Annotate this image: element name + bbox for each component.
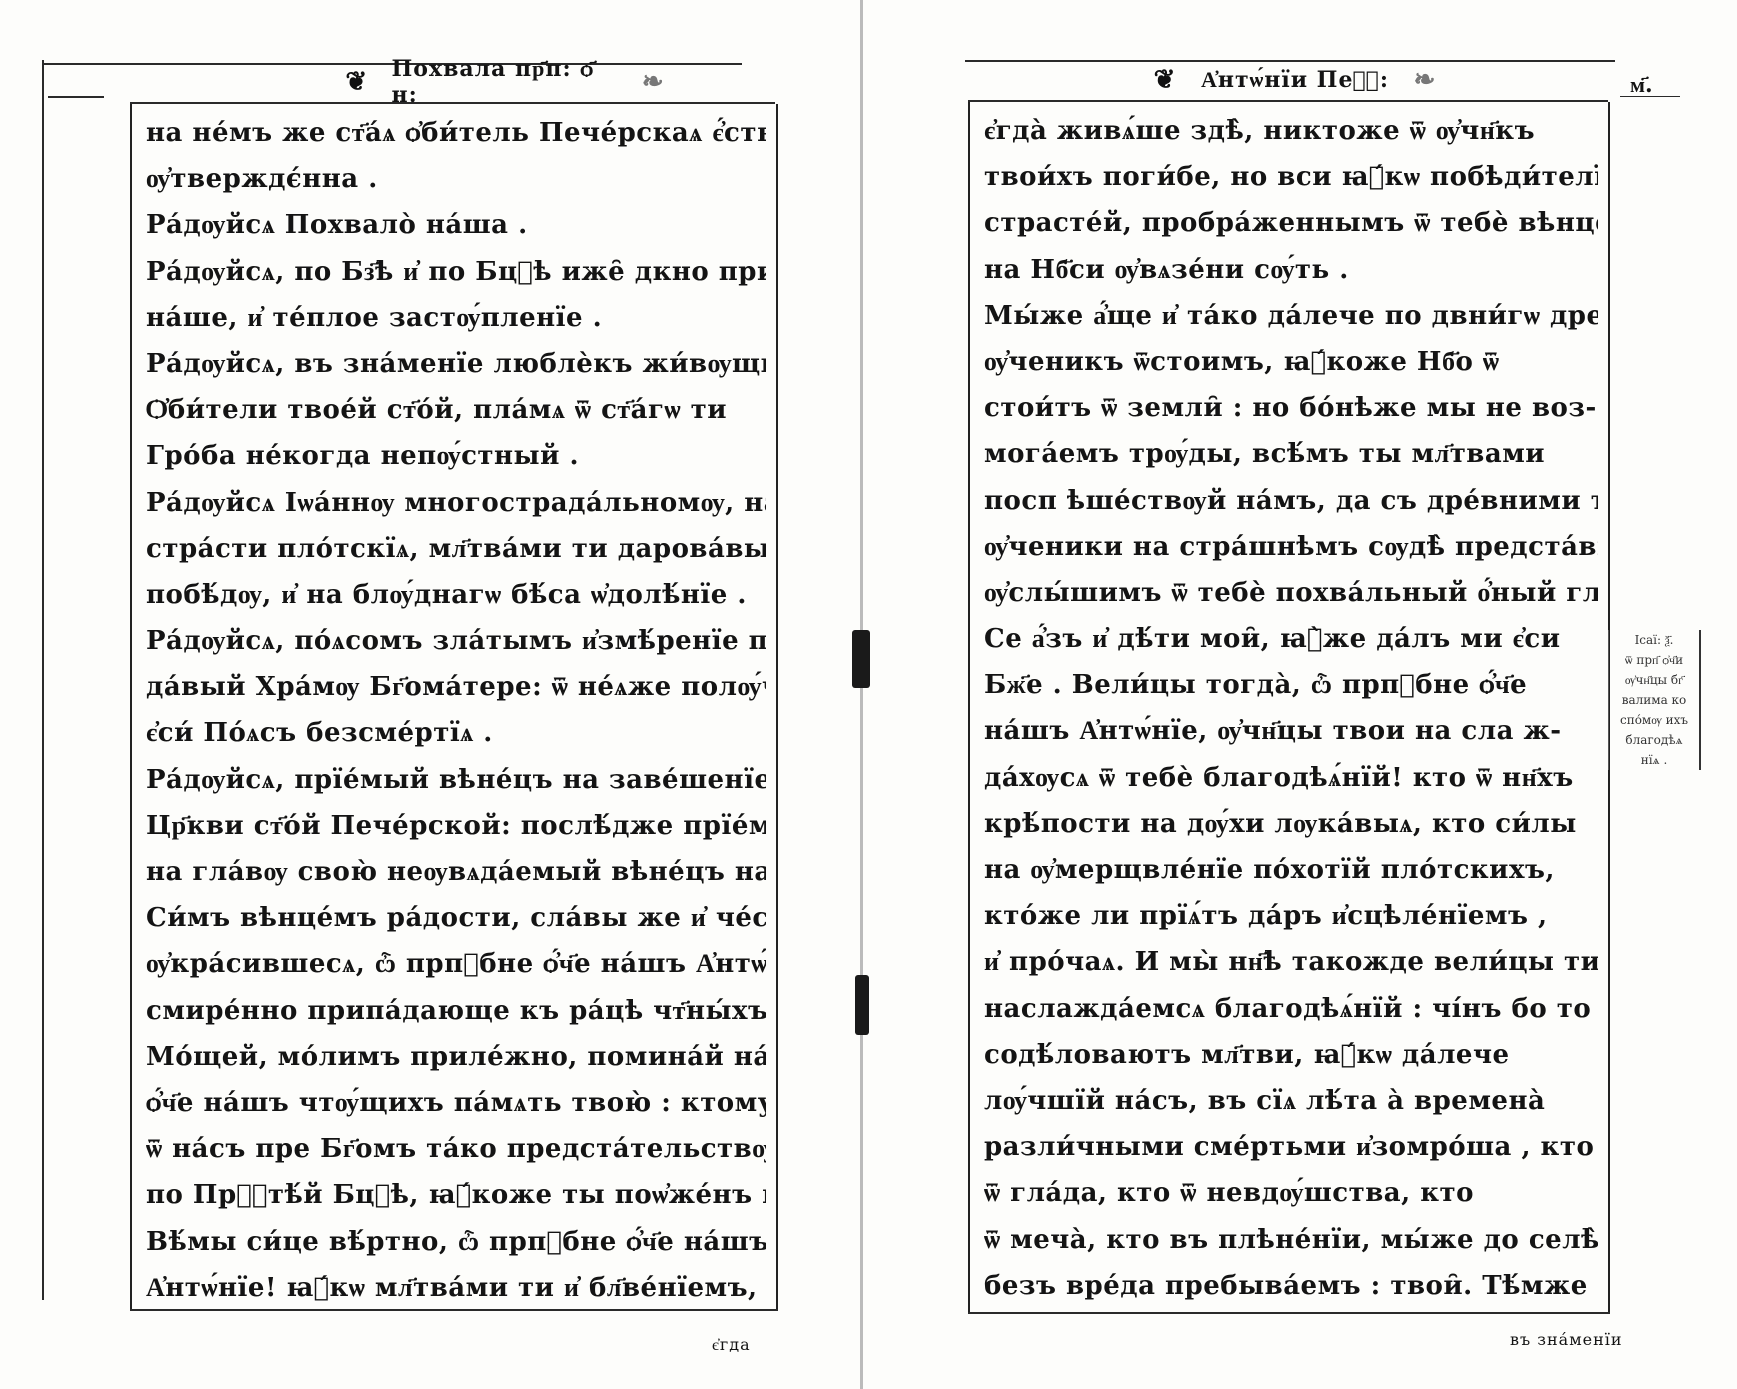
margin-note-line: благодѣѧ bbox=[1613, 730, 1695, 750]
text-line: да́хѹсѧ ѿ тебѐ благодѣѧ́нїй! кто ѿ нн҃хъ bbox=[984, 755, 1598, 801]
running-header-text: А҆нтѡ́нїи Пеⷱ҇: bbox=[1201, 67, 1389, 93]
margin-note-line: спо́мѹ ихъ bbox=[1613, 710, 1695, 730]
text-line: стои́тъ ѿ земли̑ : но бо́нѣже мы не воз- bbox=[984, 385, 1598, 431]
folio-number: м҃. bbox=[1630, 72, 1653, 98]
catchword-right: въ зна́менїи bbox=[1510, 1330, 1623, 1349]
margin-note: Ісаї: ѯ҃. ѿ прп҃ ѻ҆ч҃и ѹ҆чн҃цы бг҃ валим… bbox=[1608, 630, 1701, 770]
text-line: на ѹ҆мерщвле́нїе по́хотїй пло́тскихъ, bbox=[984, 847, 1598, 893]
text-line: є҆гда̀ живѧ́ше здѣ̀, никтоже ѿ ѹ҆чн҃къ bbox=[984, 108, 1598, 154]
text-block-right: є҆гда̀ живѧ́ше здѣ̀, никтоже ѿ ѹ҆чн҃къ т… bbox=[968, 102, 1610, 1312]
text-line: ѿ гла́да, кто ѿ невдѹ́шства, кто bbox=[984, 1170, 1598, 1216]
text-line: ѹ҆слы́шимъ ѿ тебѐ похва́льный о҆́ный гла… bbox=[984, 570, 1598, 616]
right-page: ❦ А҆нтѡ́нїи Пеⷱ҇: ❧ м҃. є҆гда̀ живѧ́ше з… bbox=[0, 0, 1737, 1389]
text-line: страсте́й, пробра́женнымъ ѿ тебѐ вѣнце́м… bbox=[984, 200, 1598, 246]
text-line: крѣ́пости на дѹ́хи лѹка́выѧ, кто си́лы bbox=[984, 801, 1598, 847]
text-line: содѣ́ловаютъ мл҃тви, ꙗ҆́кѡ да́лече bbox=[984, 1032, 1598, 1078]
margin-note-line: ѹ҆чн҃цы бг҃ bbox=[1613, 670, 1695, 690]
margin-note-line: нїѧ . bbox=[1613, 750, 1695, 770]
margin-note-line: валима ко bbox=[1613, 690, 1695, 710]
running-header-right: ❦ А҆нтѡ́нїи Пеⷱ҇: ❧ bbox=[1130, 60, 1460, 100]
text-line: твои́хъ поги́бе, но вси ꙗ҆́кѡ побѣди́тел… bbox=[984, 154, 1598, 200]
text-line: Мы́же а҆́ще и҆ та́ко да́лече по двни́гѡ … bbox=[984, 293, 1598, 339]
margin-note-line: ѿ прп҃ ѻ҆ч҃и bbox=[1613, 650, 1695, 670]
text-line: ѹ҆ченики на стра́шнѣмъ сѹдѣ̀ предста́вше… bbox=[984, 524, 1598, 570]
text-line: ѿ меча̀, кто въ плѣне́нїи, мы́же до селѣ… bbox=[984, 1217, 1598, 1263]
headpiece-ornament-icon: ❦ bbox=[1137, 63, 1193, 97]
text-line: лѹ́чшїй на́съ, въ сїѧ лѣ́та а̀ времена̀ bbox=[984, 1078, 1598, 1124]
text-line: Бж҃е . Вели́цы тогда̀, ѽ прпⷣбне ѻ҆́ч҃е bbox=[984, 662, 1598, 708]
folio-underline bbox=[1620, 96, 1680, 97]
text-line: посп ѣше́ствѹй на́мъ, да съ дре́вними ти bbox=[984, 478, 1598, 524]
text-line: наслажда́емсѧ благодѣѧ́нїй : чі́нъ бо то bbox=[984, 986, 1598, 1032]
margin-note-line: Ісаї: ѯ҃. bbox=[1613, 630, 1695, 650]
text-line: мога́емъ трѹ́ды, всѣ́мъ ты мл҃твами bbox=[984, 431, 1598, 477]
text-block-bottom-rule-right bbox=[968, 1312, 1610, 1314]
text-line: и҆ про́чаѧ. И мы̀ нн҃ѣ такожде вели́цы т… bbox=[984, 939, 1598, 985]
text-line: безъ вре́да пребыва́емъ : твои̑. Тѣ́мже bbox=[984, 1263, 1598, 1309]
text-line: разли́чными сме́ртьми и҆зомро́ша , кто bbox=[984, 1124, 1598, 1170]
text-line: кто́же ли прїѧ́тъ да́ръ и҆сцѣле́нїемъ , bbox=[984, 893, 1598, 939]
text-line: ѹ҆ченикъ ѿстоимъ, ꙗ҆́коже Нб҃о ѿ bbox=[984, 339, 1598, 385]
headpiece-ornament-icon: ❧ bbox=[1397, 63, 1453, 97]
text-line: Се а҆́зъ и҆ дѣ́ти мои̑, ꙗ҆̀же да́лъ ми є… bbox=[984, 616, 1598, 662]
text-line: на Нб҃си ѹ҆вѧзе́ни сѹ́ть . bbox=[984, 247, 1598, 293]
text-line: на́шъ А҆нтѡ́нїе, ѹ҆чн҃цы твои на сла ж- bbox=[984, 708, 1598, 754]
